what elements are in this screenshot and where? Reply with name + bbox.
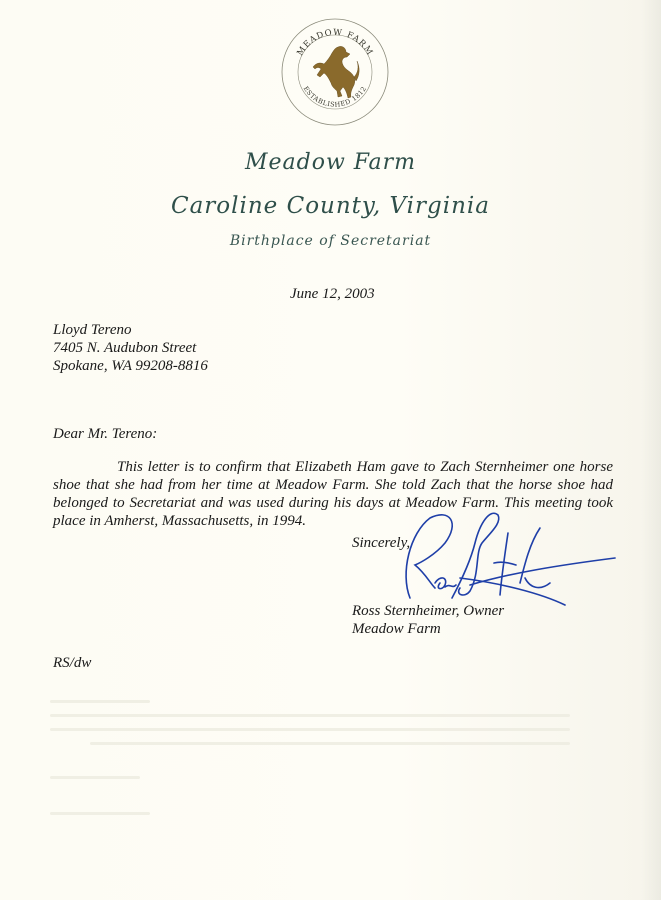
recipient-address: Lloyd Tereno 7405 N. Audubon Street Spok… — [53, 321, 208, 375]
meadow-farm-seal: MEADOW FARM ESTABLISHED 1812 — [280, 17, 390, 127]
letterhead-location: Caroline County, Virginia — [0, 193, 661, 219]
show-through-line — [50, 776, 140, 779]
letterhead-farm-name: Meadow Farm — [0, 150, 661, 175]
recipient-street: 7405 N. Audubon Street — [53, 339, 208, 357]
handwritten-signature — [390, 503, 620, 613]
letterhead-tagline: Birthplace of Secretariat — [0, 233, 661, 249]
show-through-line — [50, 812, 150, 815]
signer-name: Ross Sternheimer, Owner — [352, 602, 504, 620]
rearing-horse-icon: MEADOW FARM ESTABLISHED 1812 — [280, 17, 390, 127]
show-through-line — [50, 714, 570, 717]
show-through-line — [50, 700, 150, 703]
letter-date: June 12, 2003 — [290, 285, 375, 303]
recipient-name: Lloyd Tereno — [53, 321, 208, 339]
letter-page: MEADOW FARM ESTABLISHED 1812 Meadow Farm… — [0, 0, 661, 900]
show-through-line — [50, 728, 570, 731]
signer-organization: Meadow Farm — [352, 620, 504, 638]
recipient-city: Spokane, WA 99208-8816 — [53, 357, 208, 375]
signature-block: Ross Sternheimer, Owner Meadow Farm — [352, 602, 504, 638]
reference-initials: RS/dw — [53, 654, 91, 672]
show-through-line — [90, 742, 570, 745]
salutation: Dear Mr. Tereno: — [53, 425, 157, 443]
